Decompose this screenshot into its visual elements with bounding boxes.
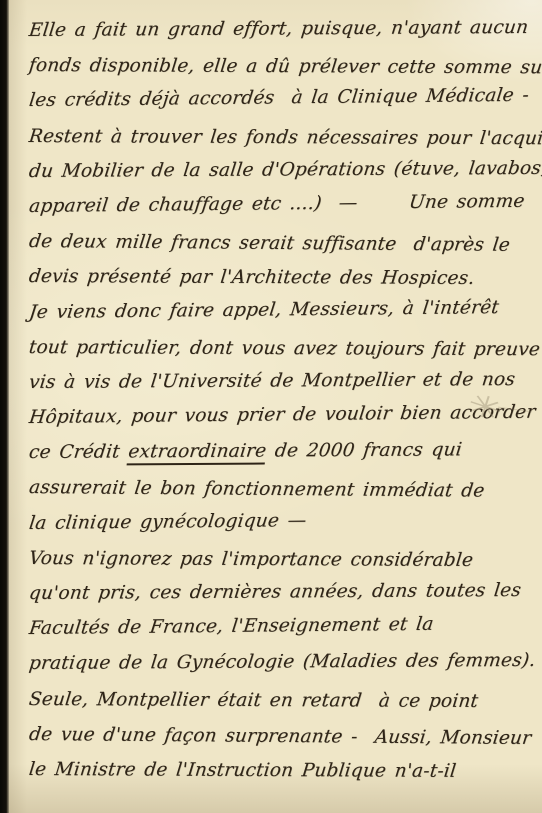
manuscript-line: de deux mille francs serait suffisante d… [27, 224, 540, 263]
underlined-word: extraordinaire [127, 441, 268, 466]
manuscript-line: la clinique gynécologique — [27, 500, 541, 541]
manuscript-line: vis à vis de l'Université de Montpellier… [27, 362, 540, 400]
handwritten-text-block: Elle a fait un grand effort, puisque, n'… [27, 13, 536, 787]
manuscript-line: les crédits déjà accordés à la Clinique … [27, 78, 541, 119]
manuscript-line: Je viens donc faire appel, Messieurs, à … [27, 289, 541, 330]
manuscript-line: Restent à trouver les fonds nécessaires … [27, 119, 540, 156]
manuscript-line: pratique de la Gynécologie (Maladies des… [27, 643, 540, 681]
scan-edge-left [0, 0, 9, 813]
manuscript-line: Seule, Montpellier était en retard à ce … [27, 682, 540, 719]
manuscript-line: du Mobilier de la salle d'Opérations (ét… [27, 151, 540, 189]
manuscript-line: le Ministre de l'Instruction Publique n'… [27, 752, 540, 789]
line-segment: ce Crédit [28, 442, 130, 464]
manuscript-line: appareil de chauffage etc ....) — Une so… [27, 184, 541, 225]
manuscript-line: Facultés de France, l'Enseignement et la [27, 606, 541, 647]
manuscript-line-with-underline: ce Crédit extraordinaire de 2000 francs … [27, 432, 540, 470]
manuscript-line: de vue d'une façon surprenante - Aussi, … [27, 717, 540, 756]
manuscript-line: qu'ont pris, ces dernières années, dans … [27, 573, 540, 611]
line-segment: de 2000 francs qui [265, 440, 463, 462]
manuscript-page: Elle a fait un grand effort, puisque, n'… [0, 0, 542, 813]
manuscript-line: Elle a fait un grand effort, puisque, n'… [27, 10, 540, 48]
